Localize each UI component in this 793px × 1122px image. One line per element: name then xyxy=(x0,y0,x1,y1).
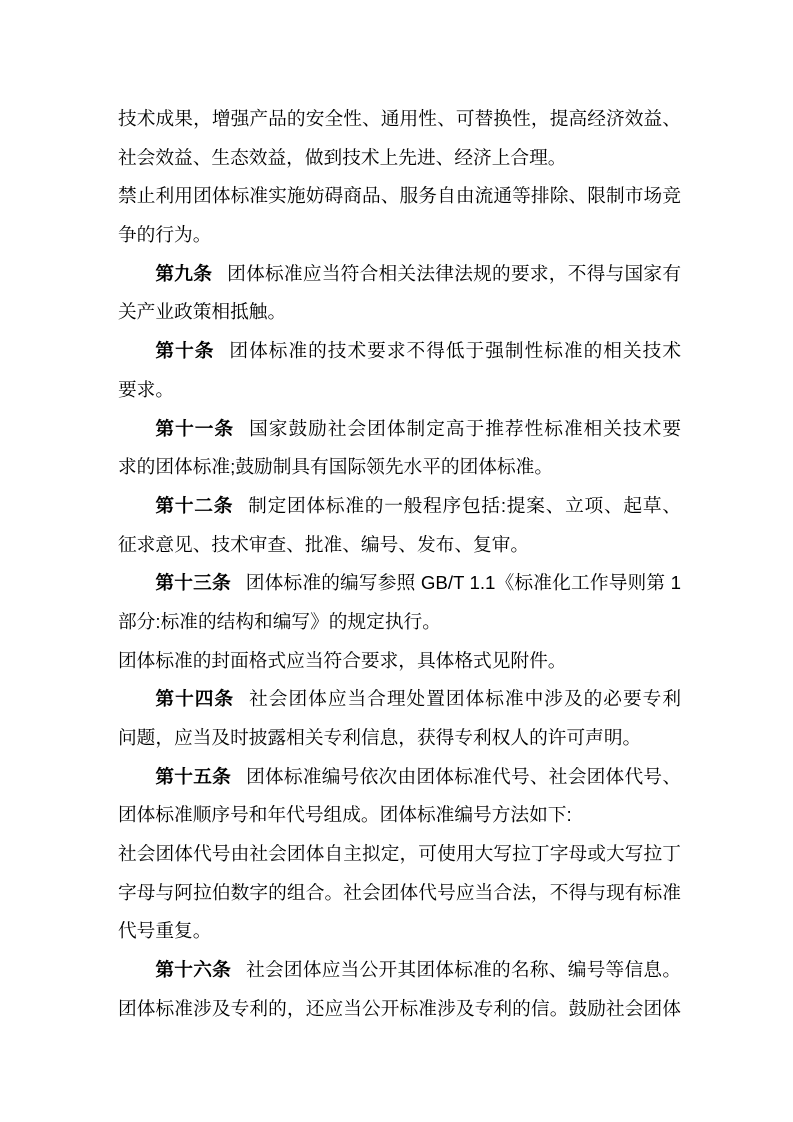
article-text: 团体标准编号依次由团体标准代号、社会团体代号、 xyxy=(246,766,681,787)
text-line: 字母与阿拉伯数字的组合。社会团体代号应当合法，不得与现有标准 xyxy=(118,874,681,913)
article-text: 国家鼓励社会团体制定高于推荐性标准相关技术要 xyxy=(249,418,681,439)
text-line: 问题，应当及时披露相关专利信息，获得专利权人的许可声明。 xyxy=(118,719,681,758)
article-text: 社会团体应当公开其团体标准的名称、编号等信息。 xyxy=(246,959,681,980)
article-text: 社会团体应当合理处置团体标准中涉及的必要专利 xyxy=(249,688,681,709)
article-text: 制定团体标准的一般程序包括:提案、立项、起草、 xyxy=(248,495,681,516)
text-line: 争的行为。 xyxy=(118,216,681,255)
text-line: 第十二条制定团体标准的一般程序包括:提案、立项、起草、 xyxy=(118,487,681,526)
text-line: 禁止利用团体标准实施妨碍商品、服务自由流通等排除、限制市场竞 xyxy=(118,177,681,216)
article-number: 第九条 xyxy=(155,263,212,284)
text-line: 团体标准涉及专利的，还应当公开标准涉及专利的信。鼓励社会团体 xyxy=(118,990,681,1029)
text-line: 社会团体代号由社会团体自主拟定，可使用大写拉丁字母或大写拉丁 xyxy=(118,835,681,874)
text-line: 部分:标准的结构和编写》的规定执行。 xyxy=(118,603,681,642)
article-number: 第十条 xyxy=(155,340,214,361)
article-text: 团体标准应当符合相关法律法规的要求，不得与国家有 xyxy=(227,263,681,284)
text-line: 要求。 xyxy=(118,371,681,410)
text-line: 团体标准的封面格式应当符合要求，具体格式见附件。 xyxy=(118,642,681,681)
text-line: 第九条团体标准应当符合相关法律法规的要求，不得与国家有 xyxy=(118,255,681,294)
text-line: 求的团体标准;鼓励制具有国际领先水平的团体标准。 xyxy=(118,448,681,487)
article-number: 第十六条 xyxy=(155,959,231,980)
text-line: 第十五条团体标准编号依次由团体标准代号、社会团体代号、 xyxy=(118,758,681,797)
text-line: 第十三条团体标准的编写参照 GB/T 1.1《标准化工作导则第 1 xyxy=(118,564,681,603)
text-line: 第十四条社会团体应当合理处置团体标准中涉及的必要专利 xyxy=(118,680,681,719)
text-line: 第十一条国家鼓励社会团体制定高于推荐性标准相关技术要 xyxy=(118,410,681,449)
text-line: 代号重复。 xyxy=(118,912,681,951)
text-block: 技术成果，增强产品的安全性、通用性、可替换性，提高经济效益、社会效益、生态效益，… xyxy=(118,100,681,1029)
text-line: 技术成果，增强产品的安全性、通用性、可替换性，提高经济效益、 xyxy=(118,100,681,139)
text-line: 社会效益、生态效益，做到技术上先进、经济上合理。 xyxy=(118,139,681,178)
text-line: 关产业政策相抵触。 xyxy=(118,293,681,332)
article-number: 第十一条 xyxy=(155,418,234,439)
text-line: 团体标准顺序号和年代号组成。团体标准编号方法如下: xyxy=(118,796,681,835)
text-line: 第十条团体标准的技术要求不得低于强制性标准的相关技术 xyxy=(118,332,681,371)
article-number: 第十五条 xyxy=(155,766,231,787)
text-line: 第十六条社会团体应当公开其团体标准的名称、编号等信息。 xyxy=(118,951,681,990)
article-number: 第十二条 xyxy=(155,495,233,516)
text-line: 征求意见、技术审查、批准、编号、发布、复审。 xyxy=(118,526,681,565)
article-text: 团体标准的技术要求不得低于强制性标准的相关技术 xyxy=(229,340,681,361)
document-page: 技术成果，增强产品的安全性、通用性、可替换性，提高经济效益、社会效益、生态效益，… xyxy=(0,0,793,1122)
article-number: 第十三条 xyxy=(155,572,230,593)
article-number: 第十四条 xyxy=(155,688,234,709)
article-text: 团体标准的编写参照 GB/T 1.1《标准化工作导则第 1 xyxy=(246,572,681,593)
